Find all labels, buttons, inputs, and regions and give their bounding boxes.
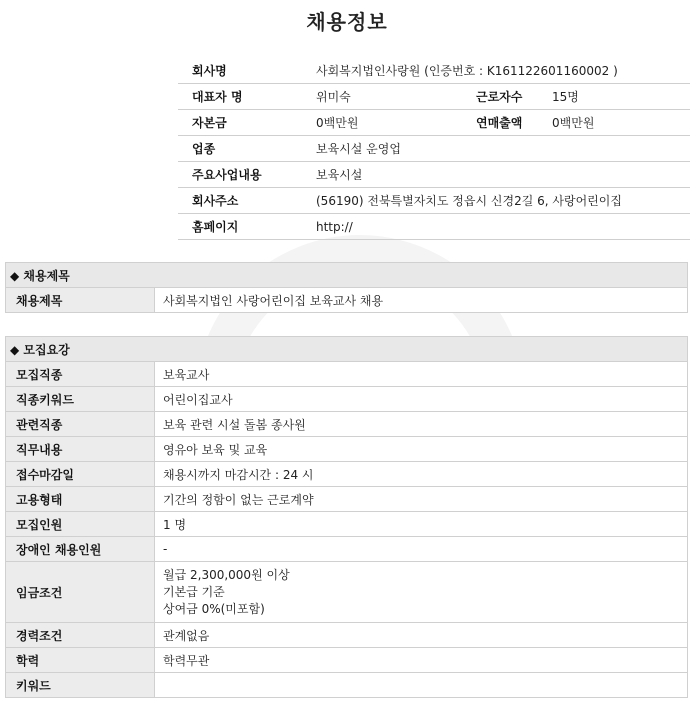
address-label: 회사주소 (178, 188, 316, 214)
wage-line: 월급 2,300,000원 이상 (163, 567, 687, 584)
table-row: 모집직종 보육교사 (6, 362, 688, 387)
ceo-label: 대표자 명 (178, 84, 316, 110)
table-row: 키워드 (6, 673, 688, 698)
company-row-address: 회사주소 (56190) 전북특별자치도 정읍시 신경2길 6, 사랑어린이집 (178, 188, 690, 214)
row-value (155, 673, 688, 698)
company-name-label: 회사명 (178, 58, 316, 84)
row-label: 직무내용 (6, 437, 155, 462)
row-label: 관련직종 (6, 412, 155, 437)
section-heading-job-title: ◆ 채용제목 (6, 263, 688, 288)
row-label: 키워드 (6, 673, 155, 698)
company-name-value: 사회복지법인사랑원 (인증번호 : K161122601160002 ) (316, 58, 690, 84)
row-label: 모집인원 (6, 512, 155, 537)
table-row: 직종키워드 어린이집교사 (6, 387, 688, 412)
business-label: 주요사업내용 (178, 162, 316, 188)
table-row: 임금조건 월급 2,300,000원 이상 기본급 기준 상여금 0%(미포함) (6, 562, 688, 623)
capital-label: 자본금 (178, 110, 316, 136)
company-row-ceo: 대표자 명 위미숙 근로자수 15명 (178, 84, 690, 110)
row-label: 고용형태 (6, 487, 155, 512)
recruitment-section: ◆ 모집요강 모집직종 보육교사 직종키워드 어린이집교사 관련직종 보육 관련… (5, 336, 688, 698)
table-row: 학력 학력무관 (6, 648, 688, 673)
revenue-value: 0백만원 (552, 110, 690, 136)
row-label: 학력 (6, 648, 155, 673)
homepage-link[interactable]: http:// (316, 214, 690, 240)
row-label: 경력조건 (6, 623, 155, 648)
table-row: 접수마감일 채용시까지 마감시간 : 24 시 (6, 462, 688, 487)
job-title-section: ◆ 채용제목 채용제목 사회복지법인 사랑어린이집 보육교사 채용 (5, 262, 688, 313)
company-row-capital: 자본금 0백만원 연매출액 0백만원 (178, 110, 690, 136)
row-value: 보육교사 (155, 362, 688, 387)
row-label: 장애인 채용인원 (6, 537, 155, 562)
table-row: 고용형태 기간의 정함이 없는 근로계약 (6, 487, 688, 512)
row-value: - (155, 537, 688, 562)
employees-label: 근로자수 (476, 84, 552, 110)
table-row: 채용제목 사회복지법인 사랑어린이집 보육교사 채용 (6, 288, 688, 313)
row-value: 1 명 (155, 512, 688, 537)
company-row-homepage: 홈페이지 http:// (178, 214, 690, 240)
address-value: (56190) 전북특별자치도 정읍시 신경2길 6, 사랑어린이집 (316, 188, 690, 214)
row-value: 기간의 정함이 없는 근로계약 (155, 487, 688, 512)
job-title-label: 채용제목 (6, 288, 155, 313)
company-row-industry: 업종 보육시설 운영업 (178, 136, 690, 162)
company-row-name: 회사명 사회복지법인사랑원 (인증번호 : K161122601160002 ) (178, 58, 690, 84)
employees-value: 15명 (552, 84, 690, 110)
table-row: 경력조건 관계없음 (6, 623, 688, 648)
wage-line: 상여금 0%(미포함) (163, 601, 687, 618)
homepage-label: 홈페이지 (178, 214, 316, 240)
revenue-label: 연매출액 (476, 110, 552, 136)
row-value: 관계없음 (155, 623, 688, 648)
table-row: 장애인 채용인원 - (6, 537, 688, 562)
industry-value: 보육시설 운영업 (316, 136, 690, 162)
company-row-business: 주요사업내용 보육시설 (178, 162, 690, 188)
ceo-value: 위미숙 (316, 84, 476, 110)
row-value: 어린이집교사 (155, 387, 688, 412)
row-label: 모집직종 (6, 362, 155, 387)
row-label: 임금조건 (6, 562, 155, 623)
business-value: 보육시설 (316, 162, 690, 188)
company-info-table: 회사명 사회복지법인사랑원 (인증번호 : K161122601160002 )… (178, 58, 690, 240)
row-value: 학력무관 (155, 648, 688, 673)
row-value: 영유아 보육 및 교육 (155, 437, 688, 462)
capital-value: 0백만원 (316, 110, 476, 136)
row-value: 채용시까지 마감시간 : 24 시 (155, 462, 688, 487)
wage-line: 기본급 기준 (163, 584, 687, 601)
table-row: 모집인원 1 명 (6, 512, 688, 537)
row-label: 직종키워드 (6, 387, 155, 412)
page-title: 채용정보 (0, 6, 694, 35)
table-row: 직무내용 영유아 보육 및 교육 (6, 437, 688, 462)
row-value: 보육 관련 시설 돌봄 종사원 (155, 412, 688, 437)
wage-value: 월급 2,300,000원 이상 기본급 기준 상여금 0%(미포함) (155, 562, 688, 623)
industry-label: 업종 (178, 136, 316, 162)
row-label: 접수마감일 (6, 462, 155, 487)
section-heading-recruitment: ◆ 모집요강 (6, 337, 688, 362)
table-row: 관련직종 보육 관련 시설 돌봄 종사원 (6, 412, 688, 437)
job-title-value: 사회복지법인 사랑어린이집 보육교사 채용 (155, 288, 688, 313)
